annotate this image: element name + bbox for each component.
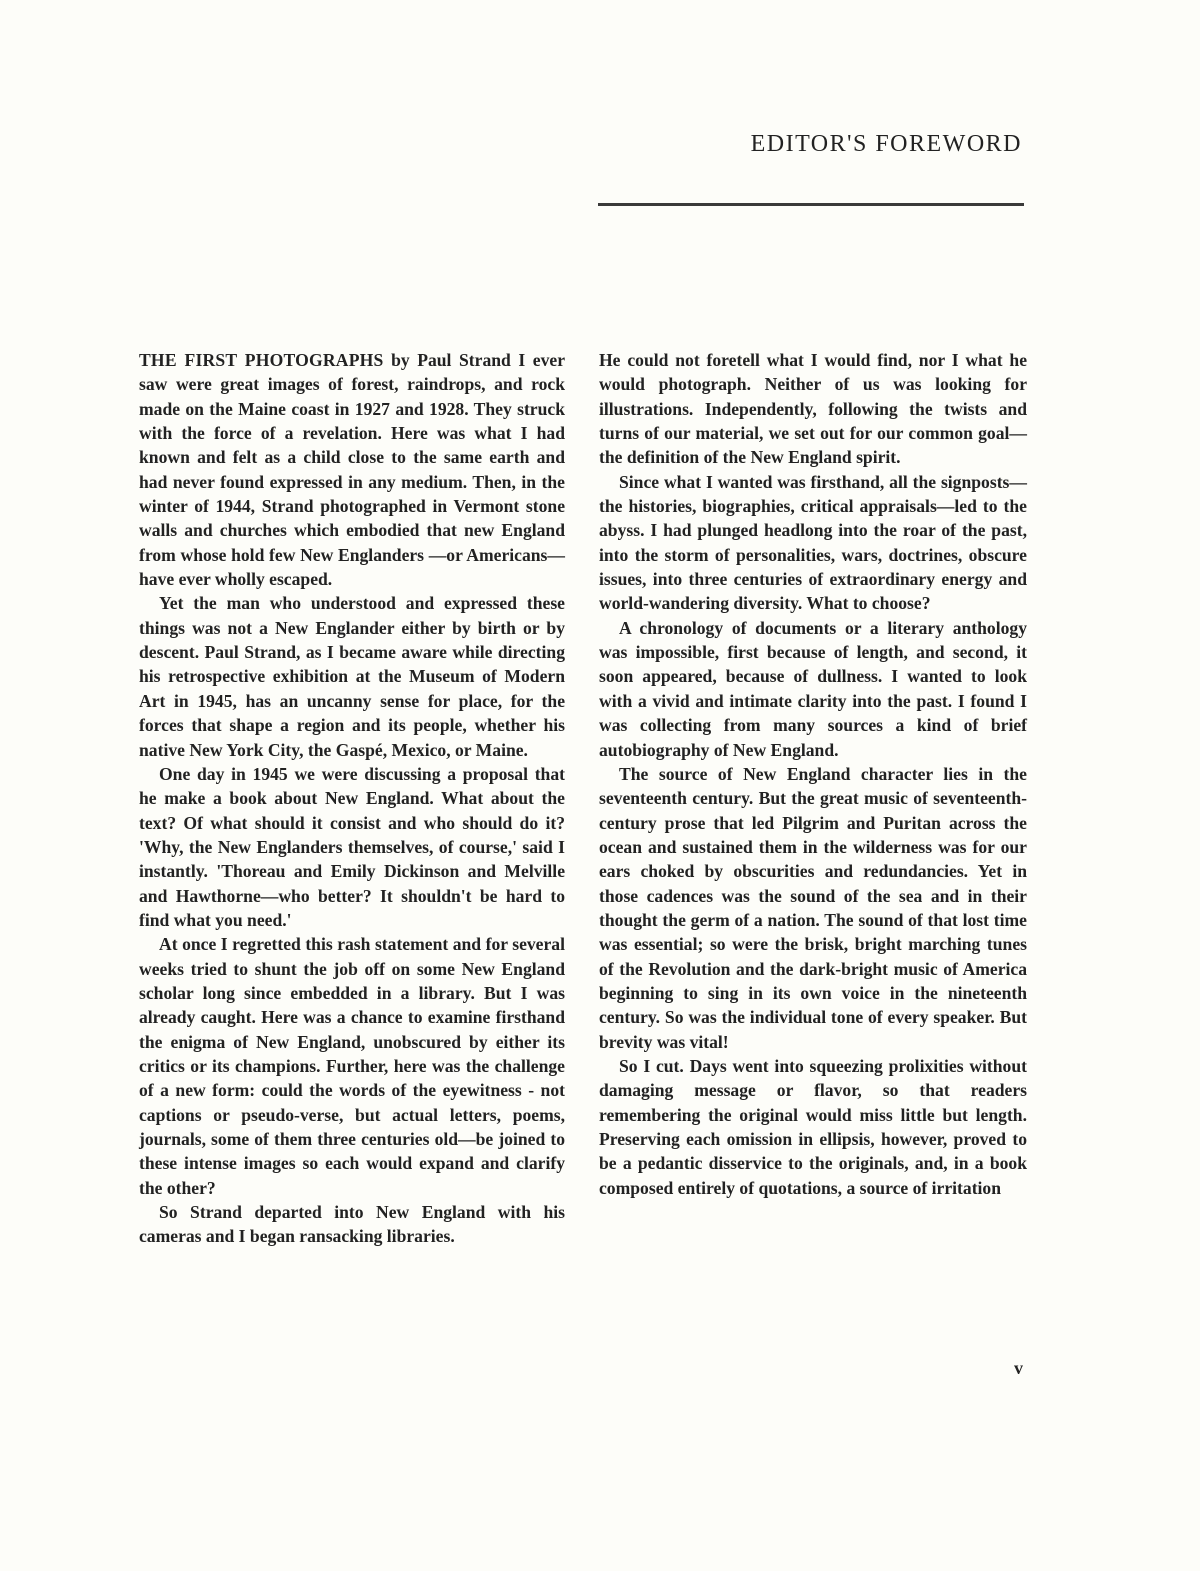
lead-caps-heading: THE FIRST PHOTOGRAPHS <box>139 350 384 370</box>
paragraph: One day in 1945 we were discussing a pro… <box>139 762 565 932</box>
page-title: EDITOR'S FOREWORD <box>598 131 1022 158</box>
title-rule-divider <box>598 203 1024 206</box>
paragraph: At once I regretted this rash statement … <box>139 932 565 1200</box>
left-text-column: THE FIRST PHOTOGRAPHS by Paul Strand I e… <box>139 348 565 1249</box>
paragraph: Yet the man who understood and expressed… <box>139 591 565 761</box>
right-text-column: He could not foretell what I would find,… <box>599 348 1027 1200</box>
paragraph: Since what I wanted was firsthand, all t… <box>599 470 1027 616</box>
paragraph: THE FIRST PHOTOGRAPHS by Paul Strand I e… <box>139 348 565 591</box>
paragraph: A chronology of documents or a literary … <box>599 616 1027 762</box>
paragraph: He could not foretell what I would find,… <box>599 348 1027 470</box>
paragraph-text: by Paul Strand I ever saw were great ima… <box>139 350 565 589</box>
paragraph: The source of New England character lies… <box>599 762 1027 1054</box>
page-number: v <box>1014 1358 1023 1379</box>
paragraph: So I cut. Days went into squeezing proli… <box>599 1054 1027 1200</box>
paragraph: So Strand departed into New England with… <box>139 1200 565 1249</box>
